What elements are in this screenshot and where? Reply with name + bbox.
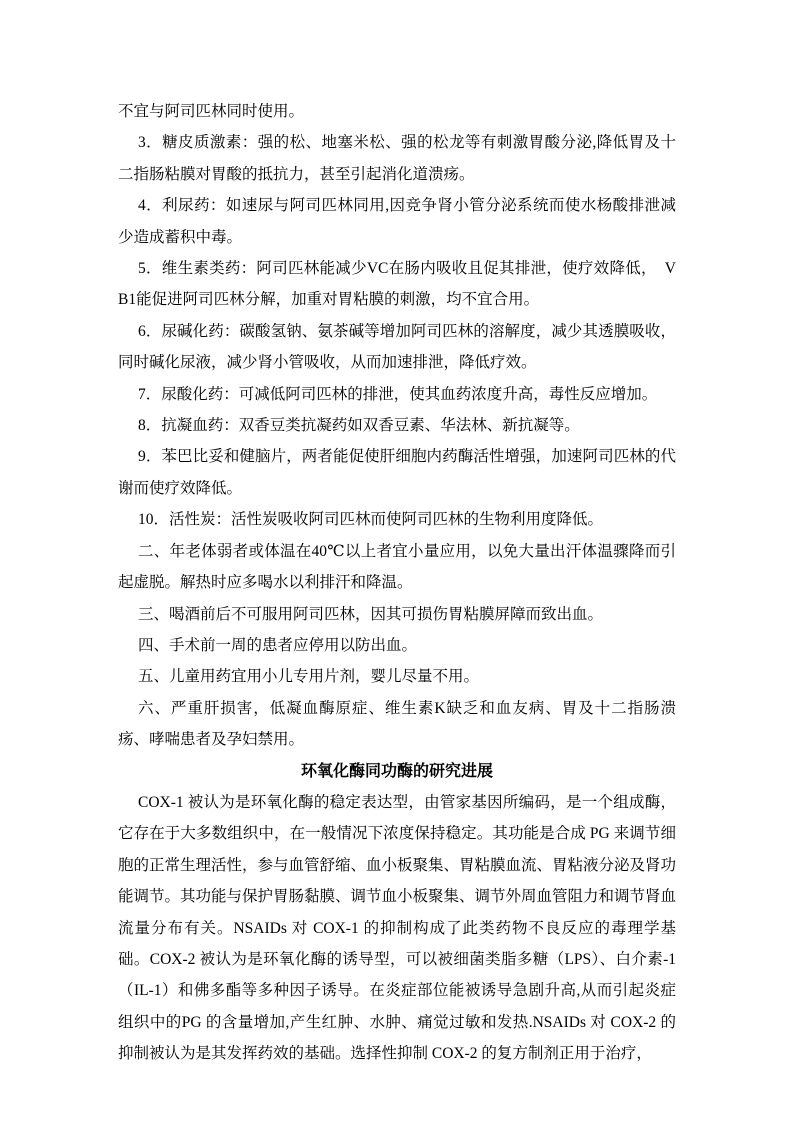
- para-cox-research: COX-1 被认为是环氧化酶的稳定表达型，由管家基因所编码，是一个组成酶，它存在…: [118, 787, 676, 1070]
- document-page: 不宜与阿司匹林同时使用。 3．糖皮质激素：强的松、地塞米松、强的松龙等有刺激胃酸…: [0, 0, 793, 1122]
- document-body: 不宜与阿司匹林同时使用。 3．糖皮质激素：强的松、地塞米松、强的松龙等有刺激胃酸…: [118, 96, 676, 1070]
- para-item-3: 3．糖皮质激素：强的松、地塞米松、强的松龙等有刺激胃酸分泌,降低胃及十二指肠粘膜…: [118, 127, 676, 190]
- para-item-7: 7．尿酸化药：可减低阿司匹林的排泄，使其血药浓度升高，毒性反应增加。: [118, 379, 676, 410]
- para-section-3: 三、喝酒前后不可服用阿司匹林，因其可损伤胃粘膜屏障而致出血。: [118, 599, 676, 630]
- para-section-6: 六、严重肝损害，低凝血酶原症、维生素K缺乏和血友病、胃及十二指肠溃疡、哮喘患者及…: [118, 693, 676, 756]
- para-section-2: 二、年老体弱者或体温在40℃以上者宜小量应用，以免大量出汗体温骤降而引起虚脱。解…: [118, 536, 676, 599]
- section-heading: 环氧化酶同功酶的研究进展: [118, 756, 676, 787]
- para-item-9: 9．苯巴比妥和健脑片，两者能促使肝细胞内药酶活性增强，加速阿司匹林的代谢而使疗效…: [118, 441, 676, 504]
- para-section-4: 四、手术前一周的患者应停用以防出血。: [118, 630, 676, 661]
- para-continuation: 不宜与阿司匹林同时使用。: [118, 96, 676, 127]
- para-item-4: 4．利尿药：如速尿与阿司匹林同用,因竞争肾小管分泌系统而使水杨酸排泄减少造成蓄积…: [118, 190, 676, 253]
- para-item-5: 5．维生素类药：阿司匹林能减少VC在肠内吸收且促其排泄，使疗效降低， VB1能促…: [118, 253, 676, 316]
- para-section-5: 五、儿童用药宜用小儿专用片剂，婴儿尽量不用。: [118, 661, 676, 692]
- para-item-6: 6．尿碱化药：碳酸氢钠、氨茶碱等增加阿司匹林的溶解度，减少其透膜吸收，同时碱化尿…: [118, 316, 676, 379]
- para-item-8: 8．抗凝血药：双香豆类抗凝药如双香豆素、华法林、新抗凝等。: [118, 410, 676, 441]
- para-item-10: 10．活性炭：活性炭吸收阿司匹林而使阿司匹林的生物利用度降低。: [118, 504, 676, 535]
